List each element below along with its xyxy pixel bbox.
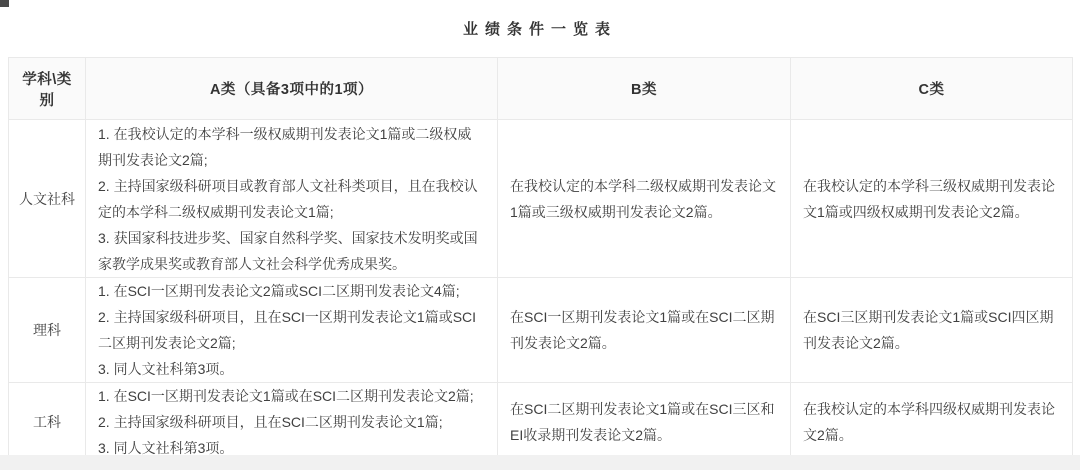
criteria-a-cell-humanities: 1. 在我校认定的本学科一级权威期刊发表论文1篇或二级权威期刊发表论文2篇; 2… [86, 120, 498, 278]
criteria-c-cell-science: 在SCI三区期刊发表论文1篇或SCI四区期刊发表论文2篇。 [791, 278, 1073, 383]
page: 业绩条件一览表 学科\类别 A类（具备3项中的1项） B类 C类 人文社科 1.… [0, 0, 1080, 470]
performance-conditions-table: 学科\类别 A类（具备3项中的1项） B类 C类 人文社科 1. 在我校认定的本… [8, 57, 1073, 462]
column-header-class-a: A类（具备3项中的1项） [86, 58, 498, 120]
page-bottom-margin [0, 455, 1080, 470]
table-row-science: 理科 1. 在SCI一区期刊发表论文2篇或SCI二区期刊发表论文4篇; 2. 主… [9, 278, 1073, 383]
criteria-c-cell-engineering: 在我校认定的本学科四级权威期刊发表论文2篇。 [791, 383, 1073, 462]
criteria-b-cell-science: 在SCI一区期刊发表论文1篇或在SCI二区期刊发表论文2篇。 [498, 278, 791, 383]
criteria-c-cell-humanities: 在我校认定的本学科三级权威期刊发表论文1篇或四级权威期刊发表论文2篇。 [791, 120, 1073, 278]
subject-cell-science: 理科 [9, 278, 86, 383]
table-row-engineering: 工科 1. 在SCI一区期刊发表论文1篇或在SCI二区期刊发表论文2篇; 2. … [9, 383, 1073, 462]
column-header-subject-category: 学科\类别 [9, 58, 86, 120]
column-header-class-b: B类 [498, 58, 791, 120]
table-header-row: 学科\类别 A类（具备3项中的1项） B类 C类 [9, 58, 1073, 120]
page-title: 业绩条件一览表 [0, 18, 1080, 39]
column-header-class-c: C类 [791, 58, 1073, 120]
subject-cell-engineering: 工科 [9, 383, 86, 462]
criteria-a-cell-engineering: 1. 在SCI一区期刊发表论文1篇或在SCI二区期刊发表论文2篇; 2. 主持国… [86, 383, 498, 462]
corner-artifact-mark [0, 0, 9, 7]
criteria-b-cell-engineering: 在SCI二区期刊发表论文1篇或在SCI三区和EI收录期刊发表论文2篇。 [498, 383, 791, 462]
criteria-a-cell-science: 1. 在SCI一区期刊发表论文2篇或SCI二区期刊发表论文4篇; 2. 主持国家… [86, 278, 498, 383]
table-row-humanities: 人文社科 1. 在我校认定的本学科一级权威期刊发表论文1篇或二级权威期刊发表论文… [9, 120, 1073, 278]
subject-cell-humanities: 人文社科 [9, 120, 86, 278]
criteria-b-cell-humanities: 在我校认定的本学科二级权威期刊发表论文1篇或三级权威期刊发表论文2篇。 [498, 120, 791, 278]
